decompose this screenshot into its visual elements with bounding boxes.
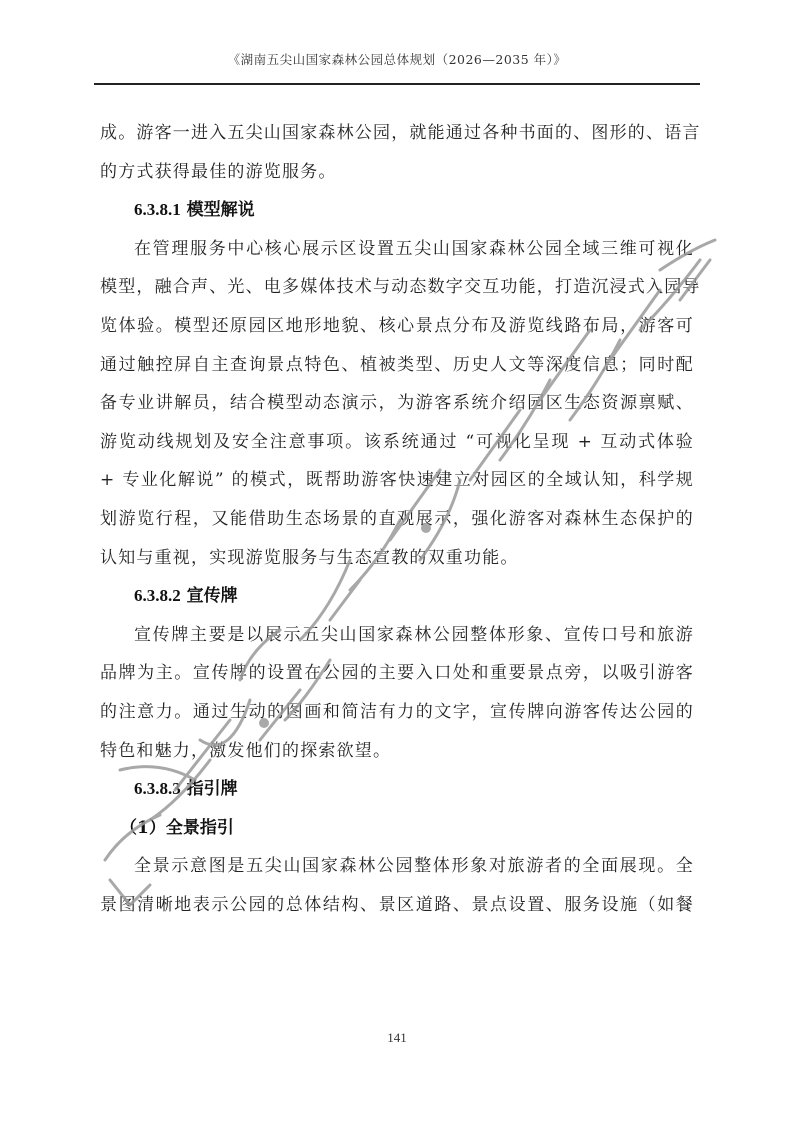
subheading-panorama: （1）全景指引	[100, 809, 694, 848]
body-line: 的注意力。通过生动的图画和简洁有力的文字，宣传牌向游客传达公园的	[100, 693, 694, 732]
running-header: 《湖南五尖山国家森林公园总体规划（2026—2035 年）》	[94, 50, 700, 68]
body-line: 成。游客一进入五尖山国家森林公园，就能通过各种书面的、图形的、语言	[100, 114, 694, 153]
body-line: 通过触控屏自主查询景点特色、植被类型、历史人文等深度信息；同时配	[100, 346, 694, 385]
body-line: 模型，融合声、光、电多媒体技术与动态数字交互功能，打造沉浸式入园导	[100, 268, 694, 307]
body-line: 特色和魅力，激发他们的探索欲望。	[100, 732, 694, 771]
heading-text: 指引牌	[187, 779, 238, 799]
body-line: 全景示意图是五尖山国家森林公园整体形象对旅游者的全面展现。全	[100, 847, 694, 886]
body-line: 备专业讲解员，结合模型动态演示，为游客系统介绍园区生态资源禀赋、	[100, 384, 694, 423]
heading-number: 6.3.8.3	[134, 779, 181, 798]
page-number: 141	[0, 1030, 794, 1046]
heading-number: 6.3.8.1	[134, 200, 181, 219]
heading-text: 模型解说	[187, 200, 255, 220]
body-line: 游览动线规划及安全注意事项。该系统通过 “可视化呈现 + 互动式体验	[100, 423, 694, 462]
document-body: 成。游客一进入五尖山国家森林公园，就能通过各种书面的、图形的、语言 的方式获得最…	[100, 114, 694, 924]
section-heading-6-3-8-1: 6.3.8.1 模型解说	[100, 191, 694, 230]
section-heading-6-3-8-2: 6.3.8.2 宣传牌	[100, 577, 694, 616]
body-line: 划游览行程，又能借助生态场景的直观展示，强化游客对森林生态保护的	[100, 500, 694, 539]
body-line: 景图清晰地表示公园的总体结构、景区道路、景点设置、服务设施（如餐	[100, 886, 694, 925]
heading-text: 宣传牌	[187, 586, 238, 606]
heading-number: 6.3.8.2	[134, 586, 181, 605]
body-line: + 专业化解说” 的模式，既帮助游客快速建立对园区的全域认知，科学规	[100, 461, 694, 500]
body-line: 品牌为主。宣传牌的设置在公园的主要入口处和重要景点旁，以吸引游客	[100, 654, 694, 693]
body-line: 在管理服务中心核心展示区设置五尖山国家森林公园全域三维可视化	[100, 230, 694, 269]
body-line: 的方式获得最佳的游览服务。	[100, 153, 694, 192]
header-divider	[94, 83, 700, 85]
body-line: 认知与重视，实现游览服务与生态宣教的双重功能。	[100, 539, 694, 578]
body-line: 览体验。模型还原园区地形地貌、核心景点分布及游览线路布局，游客可	[100, 307, 694, 346]
section-heading-6-3-8-3: 6.3.8.3 指引牌	[100, 770, 694, 809]
body-line: 宣传牌主要是以展示五尖山国家森林公园整体形象、宣传口号和旅游	[100, 616, 694, 655]
